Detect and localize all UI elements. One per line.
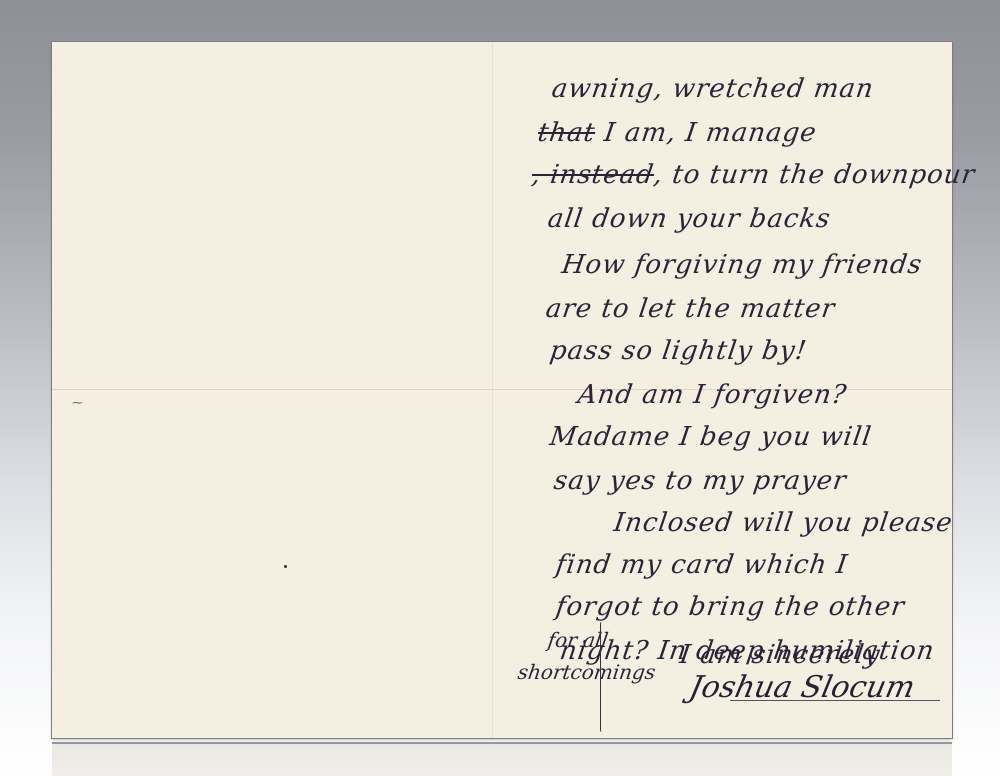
letter-line-2: that I am, I manage xyxy=(536,118,819,148)
struck-word: that xyxy=(536,118,597,148)
letter-line-8: And am I forgiven? xyxy=(576,380,849,410)
margin-note-line-2: shortcomings xyxy=(516,660,657,684)
letter-line-11: Inclosed will you please xyxy=(612,508,955,538)
struck-word: , instead xyxy=(530,160,656,190)
letter-line-12: find my card which I xyxy=(554,550,850,580)
letter-line-6: are to let the matter xyxy=(544,294,837,324)
letter-line-13: forgot to bring the other xyxy=(554,592,907,622)
ink-mark: ⁓ xyxy=(72,396,83,409)
letter-line-3: , instead, to turn the downpour xyxy=(530,160,977,190)
left-page-blank: ⁓ xyxy=(52,42,492,738)
letter-line-5: How forgiving my friends xyxy=(560,250,924,280)
letter-line-10: say yes to my prayer xyxy=(552,466,849,496)
letter-line-4: all down your backs xyxy=(546,204,833,234)
ink-speck xyxy=(284,565,287,568)
closing-line: I am sincerely xyxy=(678,640,882,670)
letter-line-1: awning, wretched man xyxy=(550,74,876,104)
sheet-reflection xyxy=(52,742,952,776)
letter-line-9: Madame I beg you will xyxy=(548,422,874,452)
signature-underline xyxy=(730,700,940,701)
center-fold xyxy=(492,42,493,738)
margin-bracket xyxy=(600,622,605,732)
letter-line-7: pass so lightly by! xyxy=(548,336,809,366)
